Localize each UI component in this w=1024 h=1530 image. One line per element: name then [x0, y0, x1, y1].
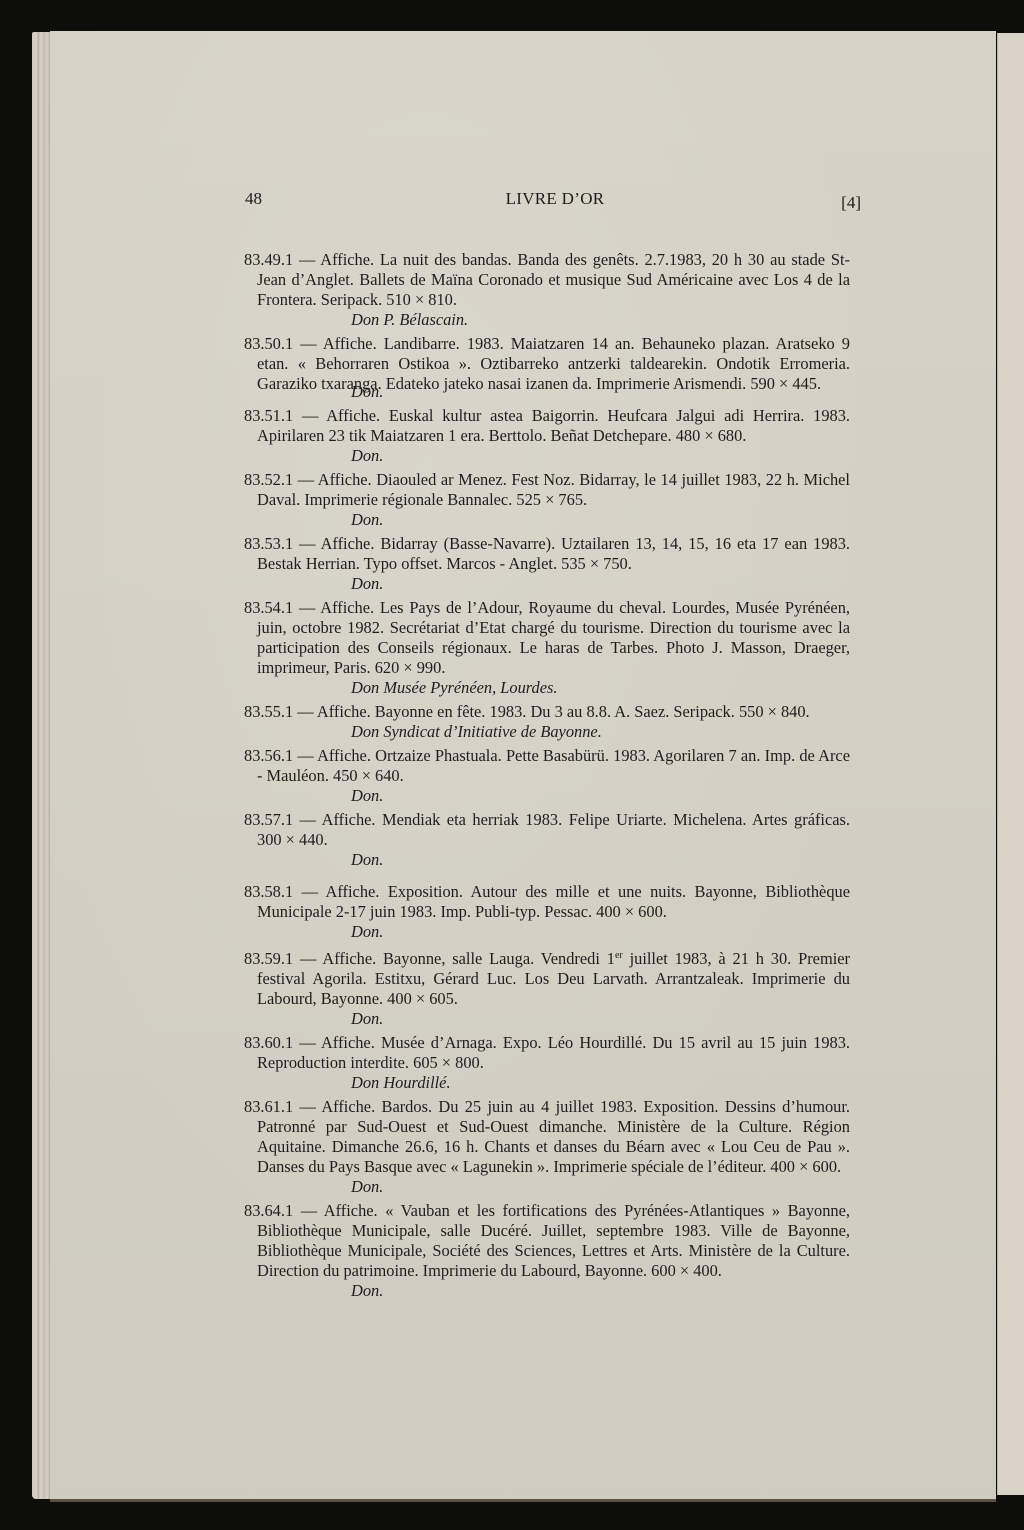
entry-id: 83.52.1	[244, 470, 293, 489]
entry-dash: —	[293, 1201, 324, 1220]
entry-text: Affiche. Bayonne, salle Lauga. Vendredi …	[322, 949, 615, 968]
catalogue-entry: 83.51.1 — Affiche. Euskal kultur astea B…	[244, 406, 850, 466]
next-page-edge	[997, 33, 1024, 1495]
entry-dash: —	[293, 250, 320, 269]
entry-donor: Don.	[244, 1177, 850, 1197]
entry-text: Affiche. Exposition. Autour des mille et…	[257, 882, 850, 921]
entry-donor: Don Hourdillé.	[244, 1073, 850, 1093]
catalogue-entry: 83.53.1 — Affiche. Bidarray (Basse-Navar…	[244, 534, 850, 594]
entry-id: 83.51.1	[244, 406, 293, 425]
section-marker: [4]	[841, 193, 861, 213]
entry-donor: Don.	[244, 786, 850, 806]
entry-body: 83.57.1 — Affiche. Mendiak eta herriak 1…	[244, 810, 850, 850]
entry-dash: —	[293, 598, 320, 617]
entry-body: 83.56.1 — Affiche. Ortzaize Phastuala. P…	[244, 746, 850, 786]
entry-body: 83.54.1 — Affiche. Les Pays de l’Adour, …	[244, 598, 850, 678]
catalogue-entry: 83.54.1 — Affiche. Les Pays de l’Adour, …	[244, 598, 850, 698]
catalogue-entry: 83.56.1 — Affiche. Ortzaize Phastuala. P…	[244, 746, 850, 806]
catalogue-entry: 83.49.1 — Affiche. La nuit des bandas. B…	[244, 250, 850, 330]
entry-body: 83.50.1 — Affiche. Landibarre. 1983. Mai…	[244, 334, 850, 394]
entry-id: 83.53.1	[244, 534, 293, 553]
catalogue-entries: 83.49.1 — Affiche. La nuit des bandas. B…	[244, 250, 850, 1305]
catalogue-entry: 83.52.1 — Affiche. Diaouled ar Menez. Fe…	[244, 470, 850, 530]
catalogue-entry: 83.60.1 — Affiche. Musée d’Arnaga. Expo.…	[244, 1033, 850, 1093]
entry-dash: —	[293, 882, 325, 901]
catalogue-entry: 83.58.1 — Affiche. Exposition. Autour de…	[244, 882, 850, 942]
entry-donor: Don Syndicat d’Initiative de Bayonne.	[244, 722, 850, 742]
entry-body: 83.53.1 — Affiche. Bidarray (Basse-Navar…	[244, 534, 850, 574]
entry-text: Affiche. Musée d’Arnaga. Expo. Léo Hourd…	[257, 1033, 850, 1072]
entry-donor: Don Musée Pyrénéen, Lourdes.	[244, 678, 850, 698]
running-header: 48 LIVRE D’OR [4]	[245, 187, 865, 215]
entry-id: 83.57.1	[244, 810, 293, 829]
entry-donor: Don.	[244, 922, 850, 942]
entry-dash: —	[293, 746, 317, 765]
entry-donor: Don.	[244, 574, 850, 594]
entry-id: 83.59.1	[244, 949, 293, 968]
entry-dash: —	[293, 534, 320, 553]
entry-dash: —	[293, 334, 323, 353]
entry-dash: —	[293, 470, 318, 489]
running-title: LIVRE D’OR	[245, 189, 865, 209]
ordinal-superscript: er	[615, 950, 623, 961]
entry-donor: Don.	[244, 850, 850, 870]
entry-body: 83.49.1 — Affiche. La nuit des bandas. B…	[244, 250, 850, 310]
catalogue-entry: 83.61.1 — Affiche. Bardos. Du 25 juin au…	[244, 1097, 850, 1197]
entry-body: 83.55.1 — Affiche. Bayonne en fête. 1983…	[244, 702, 850, 722]
entry-text: Affiche. « Vauban et les fortifications …	[257, 1201, 850, 1280]
entry-text: Affiche. Ortzaize Phastuala. Pette Basab…	[257, 746, 850, 785]
entry-donor: Don P. Bélascain.	[244, 310, 850, 330]
catalogue-entry: 83.57.1 — Affiche. Mendiak eta herriak 1…	[244, 810, 850, 870]
entry-dash: —	[293, 1033, 321, 1052]
entry-text: Affiche. La nuit des bandas. Banda des g…	[257, 250, 850, 309]
entry-donor: Don.	[244, 1281, 850, 1301]
entry-donor: Don.	[244, 510, 850, 530]
catalogue-entry: 83.64.1 — Affiche. « Vauban et les forti…	[244, 1201, 850, 1301]
entry-id: 83.50.1	[244, 334, 293, 353]
entry-text: Affiche. Bayonne en fête. 1983. Du 3 au …	[317, 702, 810, 721]
entry-text: Affiche. Les Pays de l’Adour, Royaume du…	[257, 598, 850, 677]
entry-body: 83.64.1 — Affiche. « Vauban et les forti…	[244, 1201, 850, 1281]
entry-text: Affiche. Bidarray (Basse-Navarre). Uztai…	[257, 534, 850, 573]
entry-text: Affiche. Landibarre. 1983. Maiatzaren 14…	[257, 334, 850, 393]
entry-dash: —	[293, 949, 322, 968]
entry-id: 83.64.1	[244, 1201, 293, 1220]
entry-body: 83.52.1 — Affiche. Diaouled ar Menez. Fe…	[244, 470, 850, 510]
entry-dash: —	[293, 810, 322, 829]
entry-id: 83.56.1	[244, 746, 293, 765]
entry-text: Affiche. Mendiak eta herriak 1983. Felip…	[257, 810, 850, 849]
entry-text: Affiche. Bardos. Du 25 juin au 4 juillet…	[257, 1097, 850, 1176]
entry-body: 83.51.1 — Affiche. Euskal kultur astea B…	[244, 406, 850, 446]
entry-id: 83.58.1	[244, 882, 293, 901]
entry-body: 83.58.1 — Affiche. Exposition. Autour de…	[244, 882, 850, 922]
entry-text: Affiche. Euskal kultur astea Baigorrin. …	[257, 406, 850, 445]
entry-dash: —	[293, 702, 317, 721]
catalogue-entry: 83.59.1 — Affiche. Bayonne, salle Lauga.…	[244, 946, 850, 1029]
catalogue-entry: 83.50.1 — Affiche. Landibarre. 1983. Mai…	[244, 334, 850, 402]
entry-id: 83.49.1	[244, 250, 293, 269]
catalogue-entry: 83.55.1 — Affiche. Bayonne en fête. 1983…	[244, 702, 850, 742]
entry-id: 83.60.1	[244, 1033, 293, 1052]
entry-dash: —	[293, 1097, 321, 1116]
entry-body: 83.60.1 — Affiche. Musée d’Arnaga. Expo.…	[244, 1033, 850, 1073]
entry-id: 83.55.1	[244, 702, 293, 721]
entry-dash: —	[293, 406, 326, 425]
entry-id: 83.54.1	[244, 598, 293, 617]
entry-text: Affiche. Diaouled ar Menez. Fest Noz. Bi…	[257, 470, 850, 509]
entry-id: 83.61.1	[244, 1097, 293, 1116]
entry-body: 83.59.1 — Affiche. Bayonne, salle Lauga.…	[244, 946, 850, 1009]
entry-body: 83.61.1 — Affiche. Bardos. Du 25 juin au…	[244, 1097, 850, 1177]
entry-donor: Don.	[244, 1009, 850, 1029]
entry-donor: Don.	[244, 446, 850, 466]
